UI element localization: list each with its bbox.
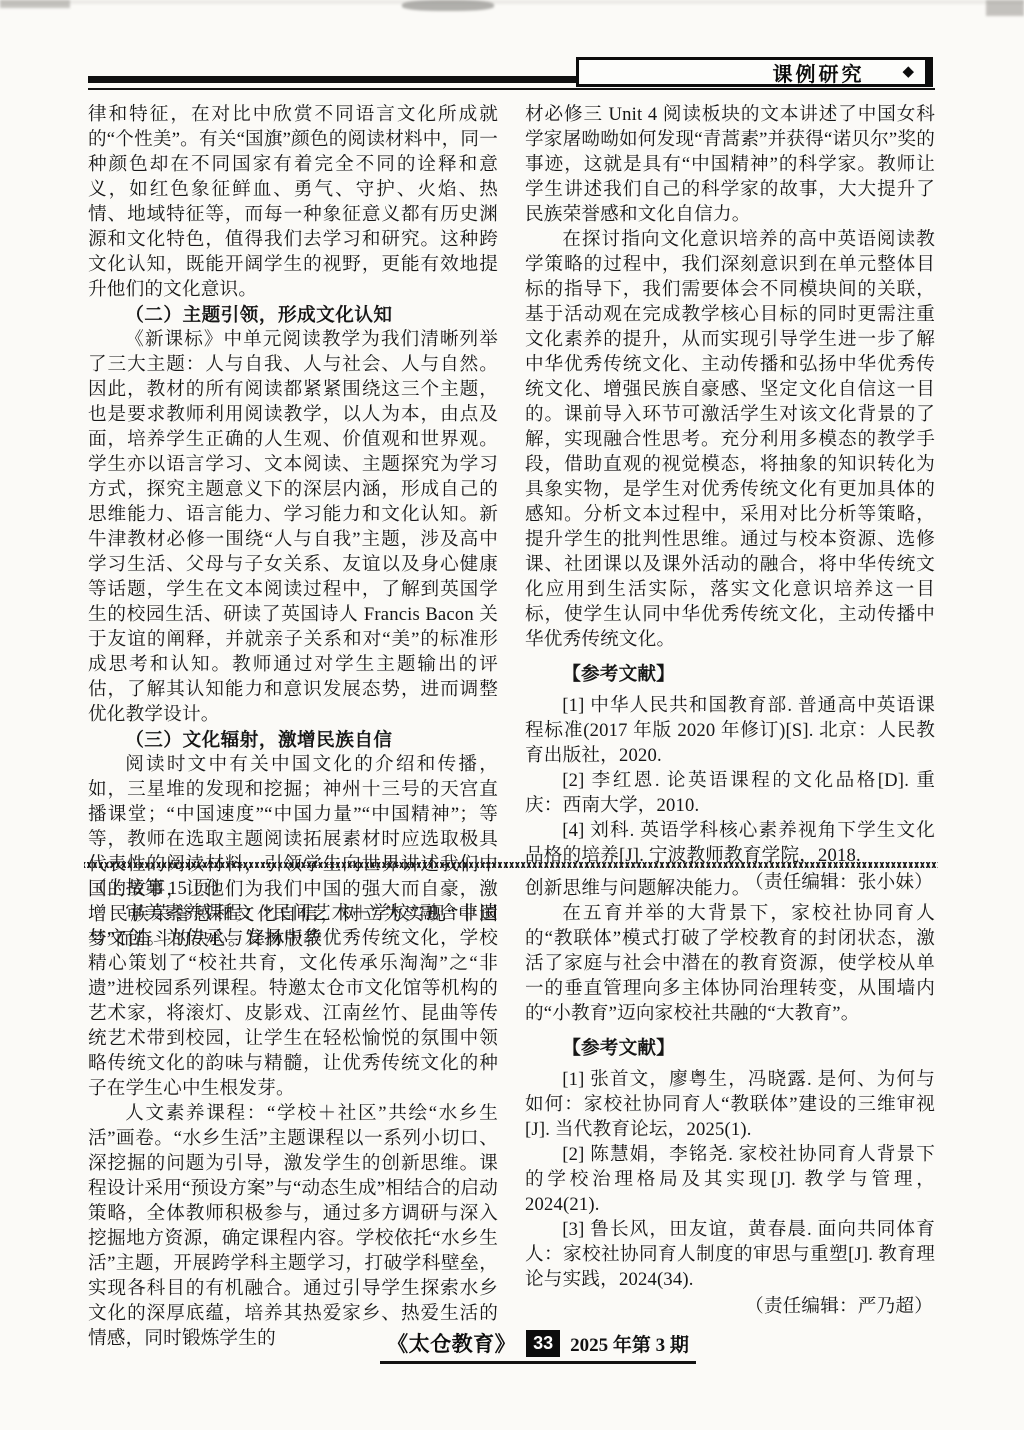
paragraph: 创新思维与问题解决能力。 [525,876,935,901]
references-heading: 【参考文献】 [525,1035,935,1060]
paragraph: 在探讨指向文化意识培养的高中英语阅读教学策略的过程中，我们深刻意识到在单元整体目… [525,227,935,652]
reference-item: [2] 陈慧娟，李铭尧. 家校社协同育人背景下的学校治理格局及其实现[J]. 教… [525,1142,935,1217]
diamond-icon: ◆ [902,65,914,80]
issue-info: 2025 年第 3 期 [570,1330,689,1357]
lower-right-column: 创新思维与问题解决能力。 在五育并举的大背景下，家校社协同育人的“教联体”模式打… [525,876,935,1319]
paragraph: 律和特征，在对比中欣赏不同语言文化所成就的“个性美”。有关“国旗”颜色的阅读材料… [88,102,498,302]
section-label-box: 课例研究 ◆ [576,57,933,87]
continued-note: （上接第 15 页） [88,876,498,901]
paragraph: 《新课标》中单元阅读教学为我们清晰列举了三大主题：人与自我、人与社会、人与自然。… [88,327,498,727]
article-divider [84,862,938,868]
reference-item: [1] 张首文，廖粤生，冯晓露. 是何、为何与如何：家校社协同育人“教联体”建设… [525,1067,935,1142]
editor-credit: （责任编辑：严乃超） [525,1294,935,1319]
reference-item: [1] 中华人民共和国教育部. 普通高中英语课程标准(2017 年版 2020 … [525,693,935,768]
section-label: 课例研究 [772,58,864,87]
header-rule-thick [88,76,580,83]
paragraph: 人文素养课程：“学校＋社区”共绘“水乡生活”画卷。“水乡生活”主题课程以一系列小… [88,1101,498,1351]
paragraph: 在五育并举的大背景下，家校社协同育人的“教联体”模式打破了学校教育的封闭状态，激… [525,901,935,1026]
reference-item: [4] 刘科. 英语学科核心素养视角下学生文化品格的培养[J]. 宁波教师教育学… [525,818,935,868]
journal-page: 课例研究 ◆ 律和特征，在对比中欣赏不同语言文化所成就的“个性美”。有关“国旗”… [0,0,1024,1430]
reference-item: [2] 李红恩. 论英语课程的文化品格[D]. 重庆：西南大学，2010. [525,768,935,818]
scan-artifact [986,0,1024,16]
reference-item: [3] 鲁长风，田友谊，黄春晨. 面向共同体育人：家校社协同育人制度的审思与重塑… [525,1217,935,1292]
upper-right-column: 材必修三 Unit 4 阅读板块的文本讲述了中国女科学家屠呦呦如何发现“青蒿素”… [525,102,935,895]
paragraph: 材必修三 Unit 4 阅读板块的文本讲述了中国女科学家屠呦呦如何发现“青蒿素”… [525,102,935,227]
upper-left-column: 律和特征，在对比中欣赏不同语言文化所成就的“个性美”。有关“国旗”颜色的阅读材料… [88,102,498,952]
subheading-2: （二）主题引领，形成文化认知 [88,302,498,327]
lower-left-column: （上接第 15 页） 审美素养课程：“民间艺术＋学校”融合非遗与文创。为传承与发… [88,876,498,1351]
page-number-badge: 33 [526,1330,560,1357]
scan-artifact [0,0,70,8]
references-heading: 【参考文献】 [525,661,935,686]
subheading-3: （三）文化辐射，激增民族自信 [88,727,498,752]
footer-rule [380,1361,696,1364]
page-footer: 《太仓教育》 33 2025 年第 3 期 [378,1328,698,1358]
scan-artifact [402,0,494,11]
scan-artifact [0,0,1024,4]
paragraph: 审美素养课程：“民间艺术＋学校”融合非遗与文创。为传承与发扬中华优秀传统文化，学… [88,901,498,1101]
header-rule-thin [88,88,935,90]
journal-title: 《太仓教育》 [387,1328,516,1358]
